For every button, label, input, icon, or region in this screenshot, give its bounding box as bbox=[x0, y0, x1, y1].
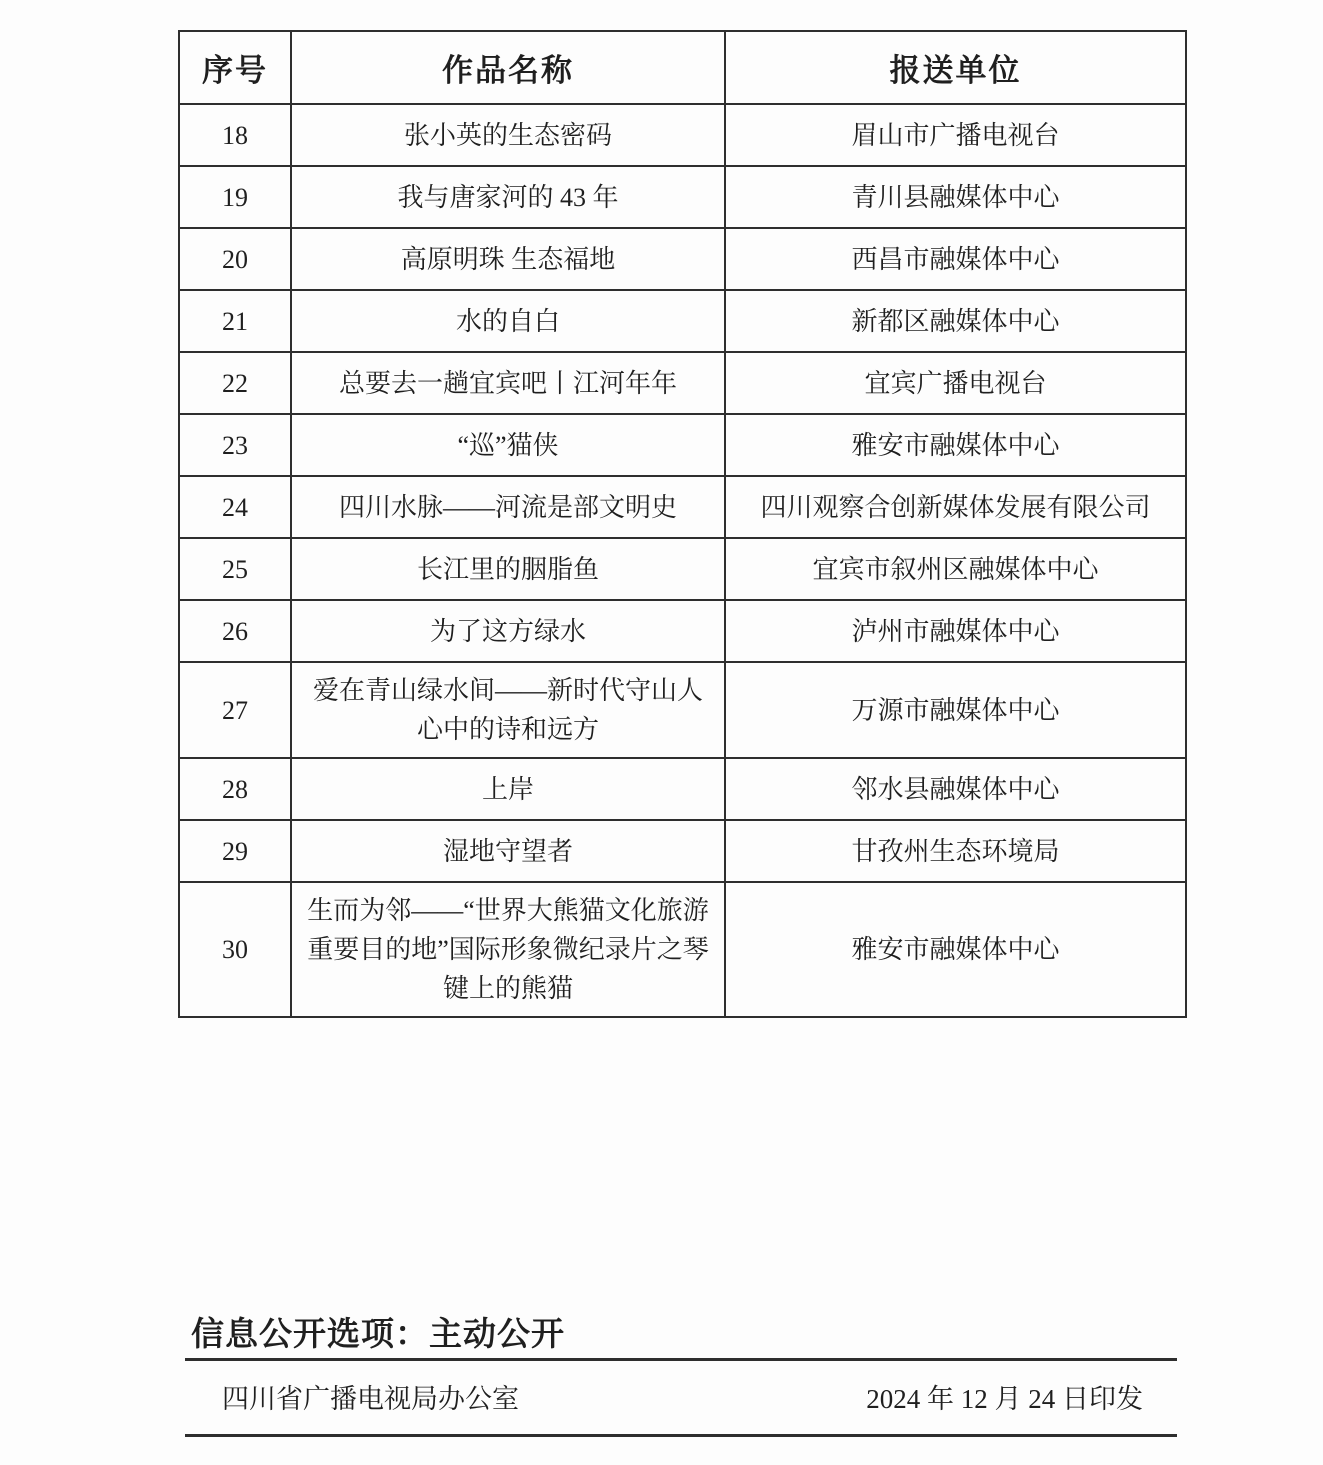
table-row: 25 长江里的胭脂鱼 宜宾市叙州区融媒体中心 bbox=[179, 538, 1186, 600]
row-serial-number: 18 bbox=[179, 104, 291, 166]
row-serial-number: 28 bbox=[179, 758, 291, 820]
row-work-title: 总要去一趟宜宾吧丨江河年年 bbox=[291, 352, 725, 414]
row-submitting-unit: 宜宾广播电视台 bbox=[725, 352, 1186, 414]
row-work-title: “巡”猫侠 bbox=[291, 414, 725, 476]
column-header-serial: 序号 bbox=[179, 31, 291, 104]
row-serial-number: 24 bbox=[179, 476, 291, 538]
footer-divider-bottom bbox=[185, 1434, 1177, 1437]
works-table: 序号 作品名称 报送单位 18 张小英的生态密码 眉山市广播电视台 19 我与唐… bbox=[178, 30, 1187, 1018]
row-work-title: 为了这方绿水 bbox=[291, 600, 725, 662]
row-submitting-unit: 新都区融媒体中心 bbox=[725, 290, 1186, 352]
row-serial-number: 27 bbox=[179, 662, 291, 758]
table-row: 27 爱在青山绿水间——新时代守山人心中的诗和远方 万源市融媒体中心 bbox=[179, 662, 1186, 758]
row-submitting-unit: 宜宾市叙州区融媒体中心 bbox=[725, 538, 1186, 600]
footer-divider-top bbox=[185, 1358, 1177, 1361]
document-page: 序号 作品名称 报送单位 18 张小英的生态密码 眉山市广播电视台 19 我与唐… bbox=[0, 0, 1323, 1465]
column-header-submitting-unit: 报送单位 bbox=[725, 31, 1186, 104]
row-submitting-unit: 雅安市融媒体中心 bbox=[725, 882, 1186, 1017]
row-work-title: 生而为邻——“世界大熊猫文化旅游重要目的地”国际形象微纪录片之琴键上的熊猫 bbox=[291, 882, 725, 1017]
disclosure-option-heading: 信息公开选项：主动公开 bbox=[191, 1308, 565, 1355]
issuing-office: 四川省广播电视局办公室 bbox=[222, 1377, 519, 1416]
issue-date: 2024 年 12 月 24 日印发 bbox=[866, 1377, 1143, 1416]
table-row: 26 为了这方绿水 泸州市融媒体中心 bbox=[179, 600, 1186, 662]
row-serial-number: 21 bbox=[179, 290, 291, 352]
row-submitting-unit: 万源市融媒体中心 bbox=[725, 662, 1186, 758]
table-row: 24 四川水脉——河流是部文明史 四川观察合创新媒体发展有限公司 bbox=[179, 476, 1186, 538]
table-header-row: 序号 作品名称 报送单位 bbox=[179, 31, 1186, 104]
footer-issue-row: 四川省广播电视局办公室 2024 年 12 月 24 日印发 bbox=[222, 1377, 1143, 1416]
table-row: 28 上岸 邻水县融媒体中心 bbox=[179, 758, 1186, 820]
row-work-title: 四川水脉——河流是部文明史 bbox=[291, 476, 725, 538]
row-submitting-unit: 邻水县融媒体中心 bbox=[725, 758, 1186, 820]
row-serial-number: 29 bbox=[179, 820, 291, 882]
row-work-title: 张小英的生态密码 bbox=[291, 104, 725, 166]
table-row: 20 高原明珠 生态福地 西昌市融媒体中心 bbox=[179, 228, 1186, 290]
row-work-title: 长江里的胭脂鱼 bbox=[291, 538, 725, 600]
row-submitting-unit: 青川县融媒体中心 bbox=[725, 166, 1186, 228]
row-work-title: 高原明珠 生态福地 bbox=[291, 228, 725, 290]
row-submitting-unit: 甘孜州生态环境局 bbox=[725, 820, 1186, 882]
row-serial-number: 23 bbox=[179, 414, 291, 476]
row-work-title: 爱在青山绿水间——新时代守山人心中的诗和远方 bbox=[291, 662, 725, 758]
row-work-title: 我与唐家河的 43 年 bbox=[291, 166, 725, 228]
table-row: 23 “巡”猫侠 雅安市融媒体中心 bbox=[179, 414, 1186, 476]
row-work-title: 湿地守望者 bbox=[291, 820, 725, 882]
row-submitting-unit: 四川观察合创新媒体发展有限公司 bbox=[725, 476, 1186, 538]
row-submitting-unit: 雅安市融媒体中心 bbox=[725, 414, 1186, 476]
row-serial-number: 19 bbox=[179, 166, 291, 228]
row-submitting-unit: 眉山市广播电视台 bbox=[725, 104, 1186, 166]
table-row: 18 张小英的生态密码 眉山市广播电视台 bbox=[179, 104, 1186, 166]
row-submitting-unit: 泸州市融媒体中心 bbox=[725, 600, 1186, 662]
row-serial-number: 26 bbox=[179, 600, 291, 662]
row-serial-number: 25 bbox=[179, 538, 291, 600]
row-serial-number: 22 bbox=[179, 352, 291, 414]
row-work-title: 水的自白 bbox=[291, 290, 725, 352]
table-row: 22 总要去一趟宜宾吧丨江河年年 宜宾广播电视台 bbox=[179, 352, 1186, 414]
table-row: 19 我与唐家河的 43 年 青川县融媒体中心 bbox=[179, 166, 1186, 228]
row-work-title: 上岸 bbox=[291, 758, 725, 820]
table-row: 21 水的自白 新都区融媒体中心 bbox=[179, 290, 1186, 352]
row-serial-number: 20 bbox=[179, 228, 291, 290]
table-row: 29 湿地守望者 甘孜州生态环境局 bbox=[179, 820, 1186, 882]
row-serial-number: 30 bbox=[179, 882, 291, 1017]
column-header-work-title: 作品名称 bbox=[291, 31, 725, 104]
row-submitting-unit: 西昌市融媒体中心 bbox=[725, 228, 1186, 290]
table-row: 30 生而为邻——“世界大熊猫文化旅游重要目的地”国际形象微纪录片之琴键上的熊猫… bbox=[179, 882, 1186, 1017]
